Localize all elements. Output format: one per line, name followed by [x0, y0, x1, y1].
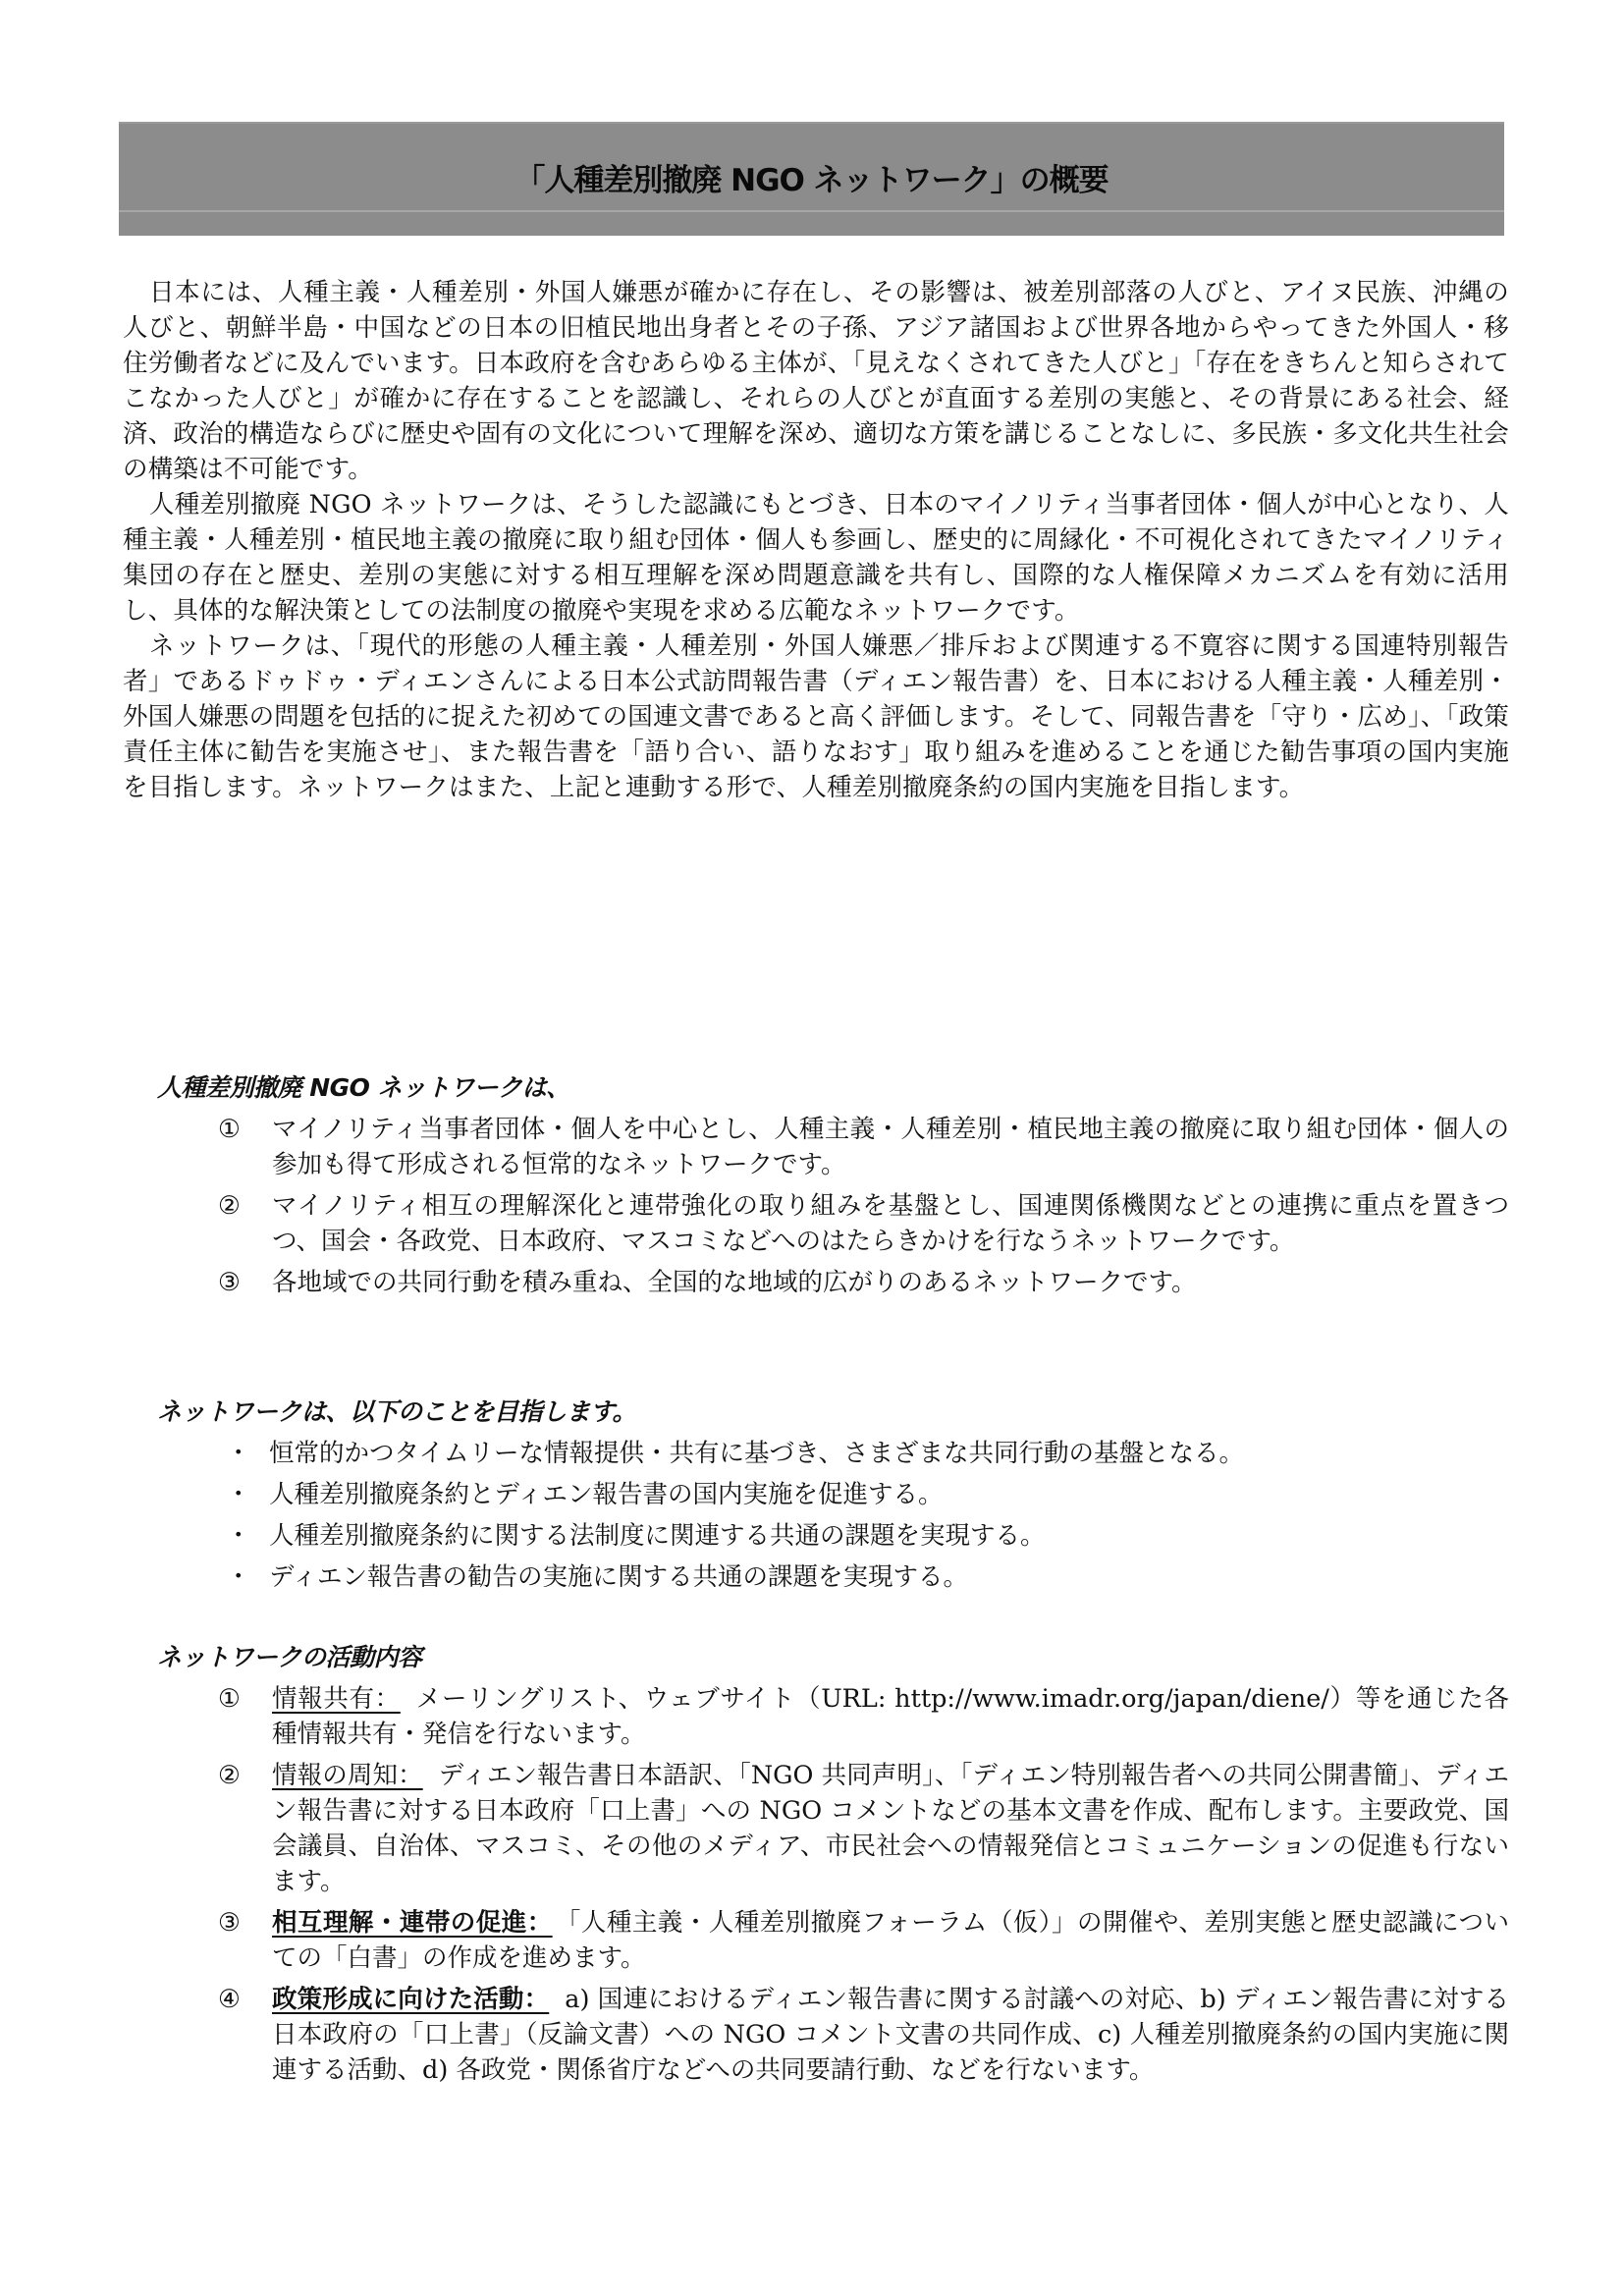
activities-list: ① 情報共有：メーリングリスト、ウェブサイト（URL: http://www.i…	[218, 1681, 1509, 2094]
activity-label: 情報共有：	[272, 1684, 401, 1714]
intro-section: 日本には、人種主義・人種差別・外国人嫌悪が確かに存在し、その影響は、被差別部落の…	[123, 275, 1509, 805]
list-item: ・ ディエン報告書の勧告の実施に関する共通の課題を実現する。	[218, 1559, 1509, 1595]
title-banner: 「人種差別撤廃 NGO ネットワーク」の概要	[119, 122, 1504, 236]
circled-number-2: ②	[218, 1758, 241, 1793]
list-item-text: マイノリティ当事者団体・個人を中心とし、人種主義・人種差別・植民地主義の撤廃に取…	[272, 1115, 1509, 1179]
list-item: ② マイノリティ相互の理解深化と連帯強化の取り組みを基盤とし、国連関係機関などと…	[218, 1188, 1509, 1259]
circled-number-4: ④	[218, 1982, 241, 2017]
list-item-text: 恒常的かつタイムリーな情報提供・共有に基づき、さまざまな共同行動の基盤となる。	[269, 1439, 1244, 1468]
list-item-text: 各地域での共同行動を積み重ね、全国的な地域的広がりのあるネットワークです。	[272, 1268, 1196, 1297]
bullet-icon: ・	[226, 1436, 251, 1471]
circled-number-1: ①	[218, 1681, 241, 1717]
circled-number-3: ③	[218, 1265, 241, 1300]
intro-paragraph-3: ネットワークは、「現代的形態の人種主義・人種差別・外国人嫌悪／排斥および関連する…	[123, 629, 1509, 805]
list-item: ① マイノリティ当事者団体・個人を中心とし、人種主義・人種差別・植民地主義の撤廃…	[218, 1112, 1509, 1182]
activity-label: 政策形成に向けた活動：	[272, 1985, 549, 2014]
list-item: ・ 人種差別撤廃条約に関する法制度に関連する共通の課題を実現する。	[218, 1518, 1509, 1554]
circled-number-3: ③	[218, 1905, 241, 1941]
list-item-text: マイノリティ相互の理解深化と連帯強化の取り組みを基盤とし、国連関係機関などとの連…	[272, 1191, 1509, 1256]
list-item-text: ディエン報告書日本語訳、「NGO 共同声明」、「ディエン特別報告者への共同公開書…	[272, 1761, 1509, 1896]
list-item: ④ 政策形成に向けた活動：a) 国連におけるディエン報告書に関する討議への対応、…	[218, 1982, 1509, 2088]
page-title: 「人種差別撤廃 NGO ネットワーク」の概要	[119, 163, 1504, 198]
list-item: ③ 相互理解・連帯の促進：「人種主義・人種差別撤廃フォーラム（仮）」の開催や、差…	[218, 1905, 1509, 1976]
list-item: ③ 各地域での共同行動を積み重ね、全国的な地域的広がりのあるネットワークです。	[218, 1265, 1509, 1300]
intro-paragraph-1: 日本には、人種主義・人種差別・外国人嫌悪が確かに存在し、その影響は、被差別部落の…	[123, 275, 1509, 487]
activity-label: 相互理解・連帯の促進：	[272, 1908, 553, 1938]
bullet-icon: ・	[226, 1477, 251, 1512]
intro-paragraph-2: 人種差別撤廃 NGO ネットワークは、そうした認識にもとづき、日本のマイノリティ…	[123, 487, 1509, 629]
bullet-icon: ・	[226, 1559, 251, 1595]
list-item: ② 情報の周知：ディエン報告書日本語訳、「NGO 共同声明」、「ディエン特別報告…	[218, 1758, 1509, 1899]
list-item-text: 人種差別撤廃条約とディエン報告書の国内実施を促進する。	[269, 1480, 943, 1509]
goals-heading: ネットワークは、以下のことを目指します。	[157, 1394, 636, 1430]
circled-number-2: ②	[218, 1188, 241, 1224]
list-item-text: ディエン報告書の勧告の実施に関する共通の課題を実現する。	[269, 1562, 968, 1592]
list-item-text: 人種差別撤廃条約に関する法制度に関連する共通の課題を実現する。	[269, 1521, 1046, 1551]
bullet-icon: ・	[226, 1518, 251, 1554]
list-item: ・ 恒常的かつタイムリーな情報提供・共有に基づき、さまざまな共同行動の基盤となる…	[218, 1436, 1509, 1471]
list-item-text: メーリングリスト、ウェブサイト（URL: http://www.imadr.or…	[272, 1684, 1509, 1749]
about-heading: 人種差別撤廃 NGO ネットワークは、	[157, 1070, 570, 1106]
list-item: ① 情報共有：メーリングリスト、ウェブサイト（URL: http://www.i…	[218, 1681, 1509, 1752]
banner-divider	[119, 210, 1504, 212]
about-list: ① マイノリティ当事者団体・個人を中心とし、人種主義・人種差別・植民地主義の撤廃…	[218, 1112, 1509, 1306]
activities-heading: ネットワークの活動内容	[157, 1640, 422, 1675]
activity-label: 情報の周知：	[272, 1761, 423, 1790]
goals-list: ・ 恒常的かつタイムリーな情報提供・共有に基づき、さまざまな共同行動の基盤となる…	[218, 1436, 1509, 1601]
list-item: ・ 人種差別撤廃条約とディエン報告書の国内実施を促進する。	[218, 1477, 1509, 1512]
document-page: 「人種差別撤廃 NGO ネットワーク」の概要 日本には、人種主義・人種差別・外国…	[0, 0, 1623, 2296]
circled-number-1: ①	[218, 1112, 241, 1147]
